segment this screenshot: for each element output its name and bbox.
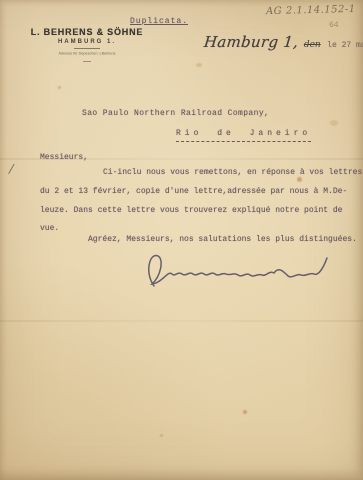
body-line: Ci-inclu nous vous remettons, en réponse… [103,168,362,177]
dateline-typed-date: le 27 mars 1920 [327,41,363,50]
body-line: vue. [40,224,59,233]
closing-phrase: Agréez, Messieurs, nos salutations les p… [88,235,357,244]
salutation: Messieurs, [40,153,88,162]
archive-number-annotation: AG 2.1.14.152-1 [266,4,356,17]
dateline-den-struck: den [304,40,321,50]
paper-stain [330,120,338,126]
paper-stain [196,63,202,67]
page-number-stamp: 64 [329,21,339,30]
duplicata-heading: Duplicata. [130,17,188,26]
paper-stain [297,177,302,182]
letterhead-dash [83,61,91,62]
handwritten-signature [142,246,332,298]
letterhead-company-name: L. BEHRENS & SÖHNE [28,27,146,37]
recipient-city: Rio de Janeiro [176,129,311,142]
letterhead-telegram-address: Adresse für Depeschen: LBehrens [50,52,123,56]
scanned-letter-page: L. BEHRENS & SÖHNE HAMBURG 1. Adresse fü… [0,0,363,480]
margin-check-mark: / [7,162,14,178]
paper-stain [160,434,163,437]
dateline-place-printed: Hamburg 1, [203,33,299,51]
letterhead: L. BEHRENS & SÖHNE HAMBURG 1. Adresse fü… [28,27,146,62]
paper-stain [58,86,61,89]
letterhead-city: HAMBURG 1. [28,39,146,45]
body-line: du 2 et 13 février, copie d'une lettre,a… [40,187,347,196]
dateline: Hamburg 1, den le 27 mars 1920 [204,33,363,52]
recipient-company: Sao Paulo Northern Railroad Company, [82,109,269,118]
fold-crease [0,320,363,322]
body-line: leuze. Dans cette lettre vous trouverez … [40,206,342,215]
letterhead-divider [74,48,100,49]
paper-stain [243,410,247,414]
